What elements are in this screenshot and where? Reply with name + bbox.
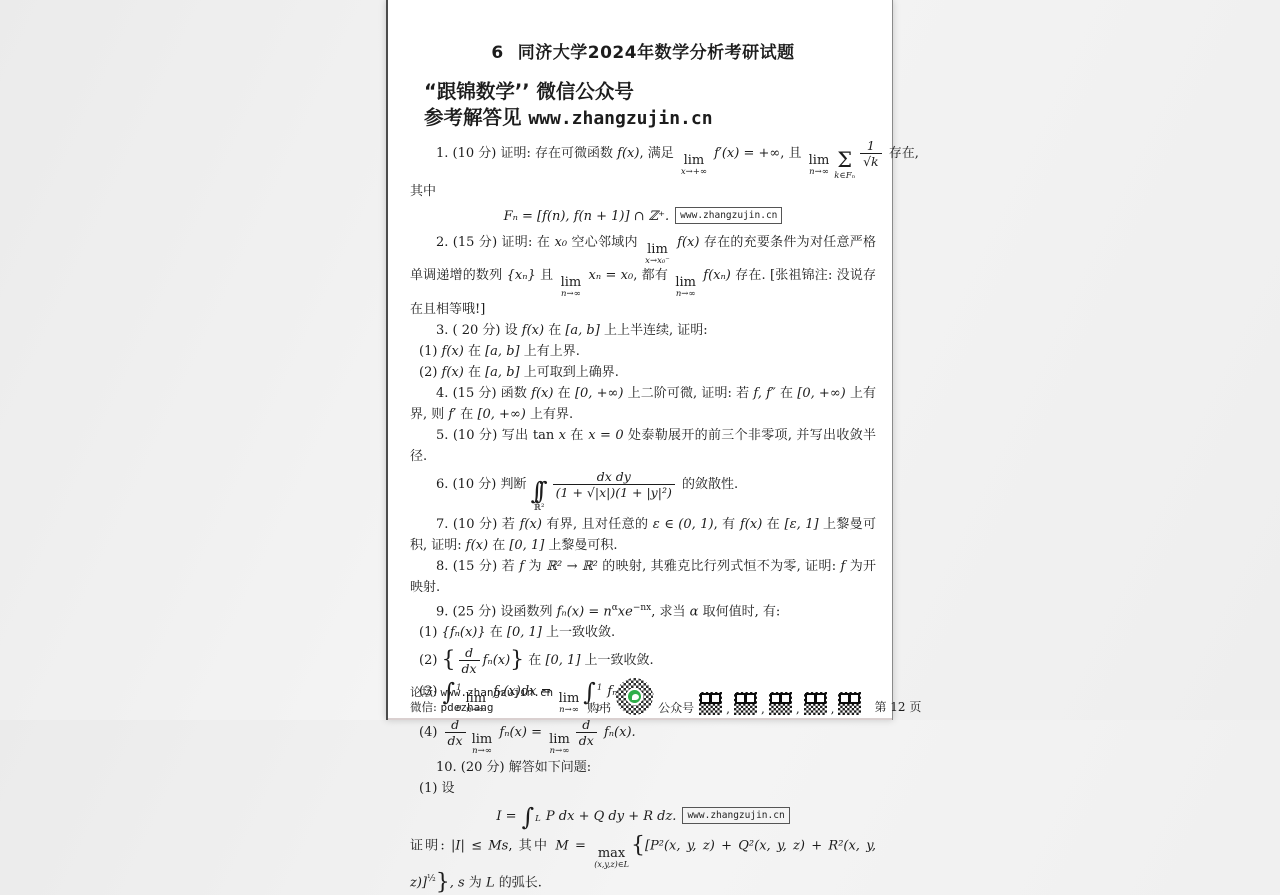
text-segment: 空心邻域内 — [567, 235, 642, 250]
text-segment: , 满足 — [639, 146, 677, 161]
forum-label: 论坛: — [410, 685, 437, 699]
sum-operator-top: Σ — [837, 150, 852, 171]
limit-operator-under: n→∞ — [676, 290, 696, 299]
text-segment: 上有界. — [526, 407, 573, 422]
wechat-label: 微信: — [410, 700, 437, 714]
fraction: dx dy(1 + √|x|)(1 + |y|²) — [553, 469, 675, 500]
sum-operator: Σk∈Fₙ — [834, 150, 855, 181]
math-segment: Fₙ = [f(n), f(n + 1)] ∩ ℤ⁺. — [504, 209, 670, 224]
limit-operator-under: n→∞ — [561, 290, 581, 299]
page-title: 6同济大学2024年数学分析考研试题 — [410, 38, 876, 63]
text-segment: 的敛散性. — [678, 477, 738, 492]
math-segment: [0, +∞) — [797, 386, 845, 401]
text-segment: 上二阶可微, 证明: 若 — [623, 386, 753, 401]
superscript: −nx — [633, 603, 651, 613]
big-delimiter: } — [510, 648, 524, 673]
text-segment: 5. (10 分) 写出 — [436, 428, 533, 443]
gongzhonghao-label: 公众号 — [658, 701, 694, 715]
text-segment: 2. (15 分) 证明: 在 — [436, 235, 555, 250]
text-segment: 在 — [488, 538, 509, 553]
footer-qr-row: 购书 公众号 ,,,, 第 12 页 — [587, 678, 921, 715]
math-segment: f(x) — [442, 344, 464, 359]
limit-operator: limn→∞ — [675, 276, 696, 299]
math-segment: ε ∈ (0, 1) — [653, 517, 714, 532]
doc-line: 8. (15 分) 若 f 为 ℝ² → ℝ² 的映射, 其雅克比行列式恒不为零… — [410, 556, 876, 598]
text-segment: 有界, 且对任意的 — [542, 517, 653, 532]
text-segment: (2) — [419, 653, 442, 668]
fraction: 1√k — [860, 138, 882, 169]
qr-code-buy-book-icon — [616, 678, 653, 715]
text-segment: 在 — [464, 344, 485, 359]
math-segment: f(x) — [617, 146, 639, 161]
text-segment: 6. (10 分) 判断 — [436, 477, 531, 492]
limit-operator-top: lim — [684, 154, 705, 167]
math-segment: f(x) — [442, 365, 464, 380]
section-number: 6 — [491, 43, 503, 63]
math-segment: {fₙ(x)} — [442, 625, 486, 640]
watermark-box: www.zhangzujin.cn — [675, 207, 782, 224]
document-page: 6同济大学2024年数学分析考研试题 “跟锦数学’’ 微信公众号 参考解答见 w… — [386, 0, 893, 720]
qr-code-qr-4-icon — [804, 692, 827, 715]
text-segment: 在 — [544, 323, 565, 338]
qr-separator: , — [796, 703, 800, 715]
text-segment: (1) — [419, 344, 442, 359]
watermark-line2: 参考解答见 www.zhangzujin.cn — [424, 105, 876, 132]
math-segment: f′(x) = +∞ — [710, 146, 780, 161]
doc-line: (2) {ddxfₙ(x)} 在 [0, 1] 上一致收敛. — [410, 645, 876, 676]
doc-line: (2) f(x) 在 [a, b] 上可取到上确界. — [410, 362, 876, 383]
math-segment: x₀ — [555, 235, 568, 250]
watermark-line2-text: 参考解答见 — [424, 106, 522, 129]
qr-separator: , — [761, 703, 765, 715]
text-segment: , 且 — [780, 146, 805, 161]
big-delimiter: { — [442, 648, 456, 673]
doc-line: (1) {fₙ(x)} 在 [0, 1] 上一致收敛. — [410, 622, 876, 643]
math-segment: {xₙ} — [507, 268, 536, 283]
limit-operator-under: x→x₀⁻ — [645, 257, 670, 266]
doc-line: 5. (10 分) 写出 tan x 在 x = 0 处泰勒展开的前三个非零项,… — [410, 425, 876, 467]
math-segment: f(xₙ) — [699, 268, 731, 283]
doc-line: 1. (10 分) 证明: 存在可微函数 f(x), 满足 limx→+∞ f′… — [410, 138, 876, 181]
footer-contact: 论坛: www.zhangzujin.cn 微信: pdezhang — [410, 685, 553, 715]
math-segment: x = 0 — [588, 428, 623, 443]
doc-line: 2. (15 分) 证明: 在 x₀ 空心邻域内 limx→x₀⁻ f(x) 存… — [410, 232, 876, 320]
math-segment: [a, b] — [485, 365, 519, 380]
text-segment: 在 — [486, 625, 507, 640]
limit-operator-under: n→∞ — [809, 168, 829, 177]
math-segment: f′ — [448, 407, 456, 422]
page-footer: 论坛: www.zhangzujin.cn 微信: pdezhang 购书 公众… — [410, 678, 880, 715]
math-segment: [0, +∞) — [477, 407, 525, 422]
text-segment: 在 — [566, 428, 588, 443]
doc-line: 6. (10 分) 判断 ∫∫ℝ²dx dy(1 + √|x|)(1 + |y|… — [410, 469, 876, 513]
buy-book-label: 购书 — [587, 701, 611, 715]
page-number: 第 12 页 — [874, 698, 921, 715]
fraction: ddx — [459, 645, 480, 676]
text-segment: 且 — [536, 268, 558, 283]
text-segment: 1. (10 分) 证明: 存在可微函数 — [436, 146, 617, 161]
limit-operator-top: lim — [809, 154, 830, 167]
math-segment: [a, b] — [565, 323, 599, 338]
doc-line: (1) f(x) 在 [a, b] 上有上界. — [410, 341, 876, 362]
limit-operator: limx→+∞ — [681, 154, 707, 177]
limit-operator-under: x→+∞ — [681, 168, 707, 177]
qr-code-qr-5-icon — [838, 692, 861, 715]
text-segment: 存在, — [885, 146, 919, 161]
roman-math-segment: tan — [533, 428, 559, 443]
math-segment: ℝ² → ℝ² — [546, 559, 598, 574]
math-segment: xe — [618, 604, 633, 619]
limit-operator: limx→x₀⁻ — [645, 243, 670, 266]
qr-code-qr-1-icon — [699, 692, 722, 715]
double-integral-under: ℝ² — [534, 504, 544, 513]
text-segment: 的映射, 其雅克比行列式恒不为零, 证明: — [598, 559, 841, 574]
text-segment: 其中 — [410, 184, 436, 199]
math-segment: fₙ(x) — [483, 653, 511, 668]
text-segment: 在 — [762, 517, 784, 532]
math-segment: xₙ = x₀ — [584, 268, 633, 283]
text-segment: , 求当 — [651, 604, 689, 619]
text-segment: 在 — [524, 653, 545, 668]
text-segment: 9. (25 分) 设函数列 — [436, 604, 557, 619]
math-segment: x — [559, 428, 566, 443]
qr-separator: , — [726, 703, 730, 715]
double-integral-top: ∫∫ — [531, 479, 548, 503]
document-body: 1. (10 分) 证明: 存在可微函数 f(x), 满足 limx→+∞ f′… — [410, 138, 876, 720]
limit-operator-top: lim — [675, 276, 696, 289]
text-segment: 在 — [456, 407, 477, 422]
doc-line: 7. (10 分) 若 f(x) 有界, 且对任意的 ε ∈ (0, 1), 有… — [410, 514, 876, 556]
math-segment: f, f″ — [753, 386, 775, 401]
math-segment: [0, +∞) — [575, 386, 623, 401]
fraction-numerator: 1 — [864, 138, 878, 153]
math-segment: f(x) — [531, 386, 553, 401]
text-segment: 4. (15 分) 函数 — [436, 386, 531, 401]
math-segment: [0, 1] — [509, 538, 544, 553]
text-segment: , 有 — [714, 517, 740, 532]
text-segment: 7. (10 分) 若 — [436, 517, 520, 532]
text-segment: 上可取到上确界. — [520, 365, 619, 380]
text-segment: , 都有 — [633, 268, 672, 283]
text-segment: 在 — [553, 386, 575, 401]
text-segment: 8. (15 分) 若 — [436, 559, 519, 574]
text-segment: (1) — [419, 625, 442, 640]
math-segment: f(x) — [466, 538, 488, 553]
qr-code-qr-2-icon — [734, 692, 757, 715]
limit-operator-top: lim — [647, 243, 668, 256]
fraction-numerator: d — [462, 645, 476, 660]
text-segment: 3. ( 20 分) 设 — [436, 323, 522, 338]
footer-forum-line: 论坛: www.zhangzujin.cn — [410, 685, 553, 700]
limit-operator: limn→∞ — [809, 154, 830, 177]
watermark-line1: “跟锦数学’’ 微信公众号 — [424, 79, 876, 105]
doc-line: Fₙ = [f(n), f(n + 1)] ∩ ℤ⁺.www.zhangzuji… — [410, 206, 876, 227]
fraction-denominator: dx — [459, 660, 480, 676]
sum-operator-under: k∈Fₙ — [834, 172, 855, 181]
fraction-numerator: dx dy — [594, 469, 634, 484]
qr-separator: , — [831, 703, 835, 715]
math-segment: fₙ(x) = n — [557, 604, 612, 619]
doc-line: 4. (15 分) 函数 f(x) 在 [0, +∞) 上二阶可微, 证明: 若… — [410, 383, 876, 425]
limit-operator: limn→∞ — [561, 276, 582, 299]
math-segment: [0, 1] — [545, 653, 580, 668]
doc-line: 3. ( 20 分) 设 f(x) 在 [a, b] 上上半连续, 证明: — [410, 320, 876, 341]
forum-url: www.zhangzujin.cn — [441, 686, 554, 699]
math-segment: [a, b] — [485, 344, 519, 359]
fraction-denominator: √k — [860, 153, 882, 169]
math-segment: f(x) — [673, 235, 700, 250]
math-segment: f(x) — [522, 323, 544, 338]
wechat-id: pdezhang — [441, 701, 494, 714]
qr-code-list: ,,,, — [699, 692, 861, 715]
text-segment: 在 — [776, 386, 798, 401]
text-segment: 在 — [464, 365, 485, 380]
math-segment: [ε, 1] — [785, 517, 819, 532]
text-segment: 上上半连续, 证明: — [600, 323, 708, 338]
text-segment: (2) — [419, 365, 442, 380]
math-segment: [0, 1] — [507, 625, 542, 640]
watermark-block: “跟锦数学’’ 微信公众号 参考解答见 www.zhangzujin.cn — [424, 79, 876, 132]
text-segment: 上黎曼可积. — [544, 538, 617, 553]
doc-line: 9. (25 分) 设函数列 fₙ(x) = nαxe−nx, 求当 α 取何值… — [410, 598, 876, 622]
limit-operator-top: lim — [561, 276, 582, 289]
text-segment: 上一致收敛. — [542, 625, 615, 640]
text-segment: 上一致收敛. — [580, 653, 653, 668]
math-segment: f(x) — [740, 517, 762, 532]
text-segment: 上有上界. — [520, 344, 580, 359]
section-title: 同济大学2024年数学分析考研试题 — [518, 43, 795, 63]
watermark-url: www.zhangzujin.cn — [528, 108, 712, 129]
double-integral: ∫∫ℝ² — [531, 479, 548, 513]
text-segment: 取何值时, 有: — [698, 604, 780, 619]
doc-line: 其中 — [410, 181, 876, 202]
text-segment: 为 — [524, 559, 546, 574]
footer-wechat-line: 微信: pdezhang — [410, 700, 553, 715]
math-segment: f(x) — [520, 517, 542, 532]
qr-code-qr-3-icon — [769, 692, 792, 715]
fraction-denominator: (1 + √|x|)(1 + |y|²) — [553, 484, 675, 500]
